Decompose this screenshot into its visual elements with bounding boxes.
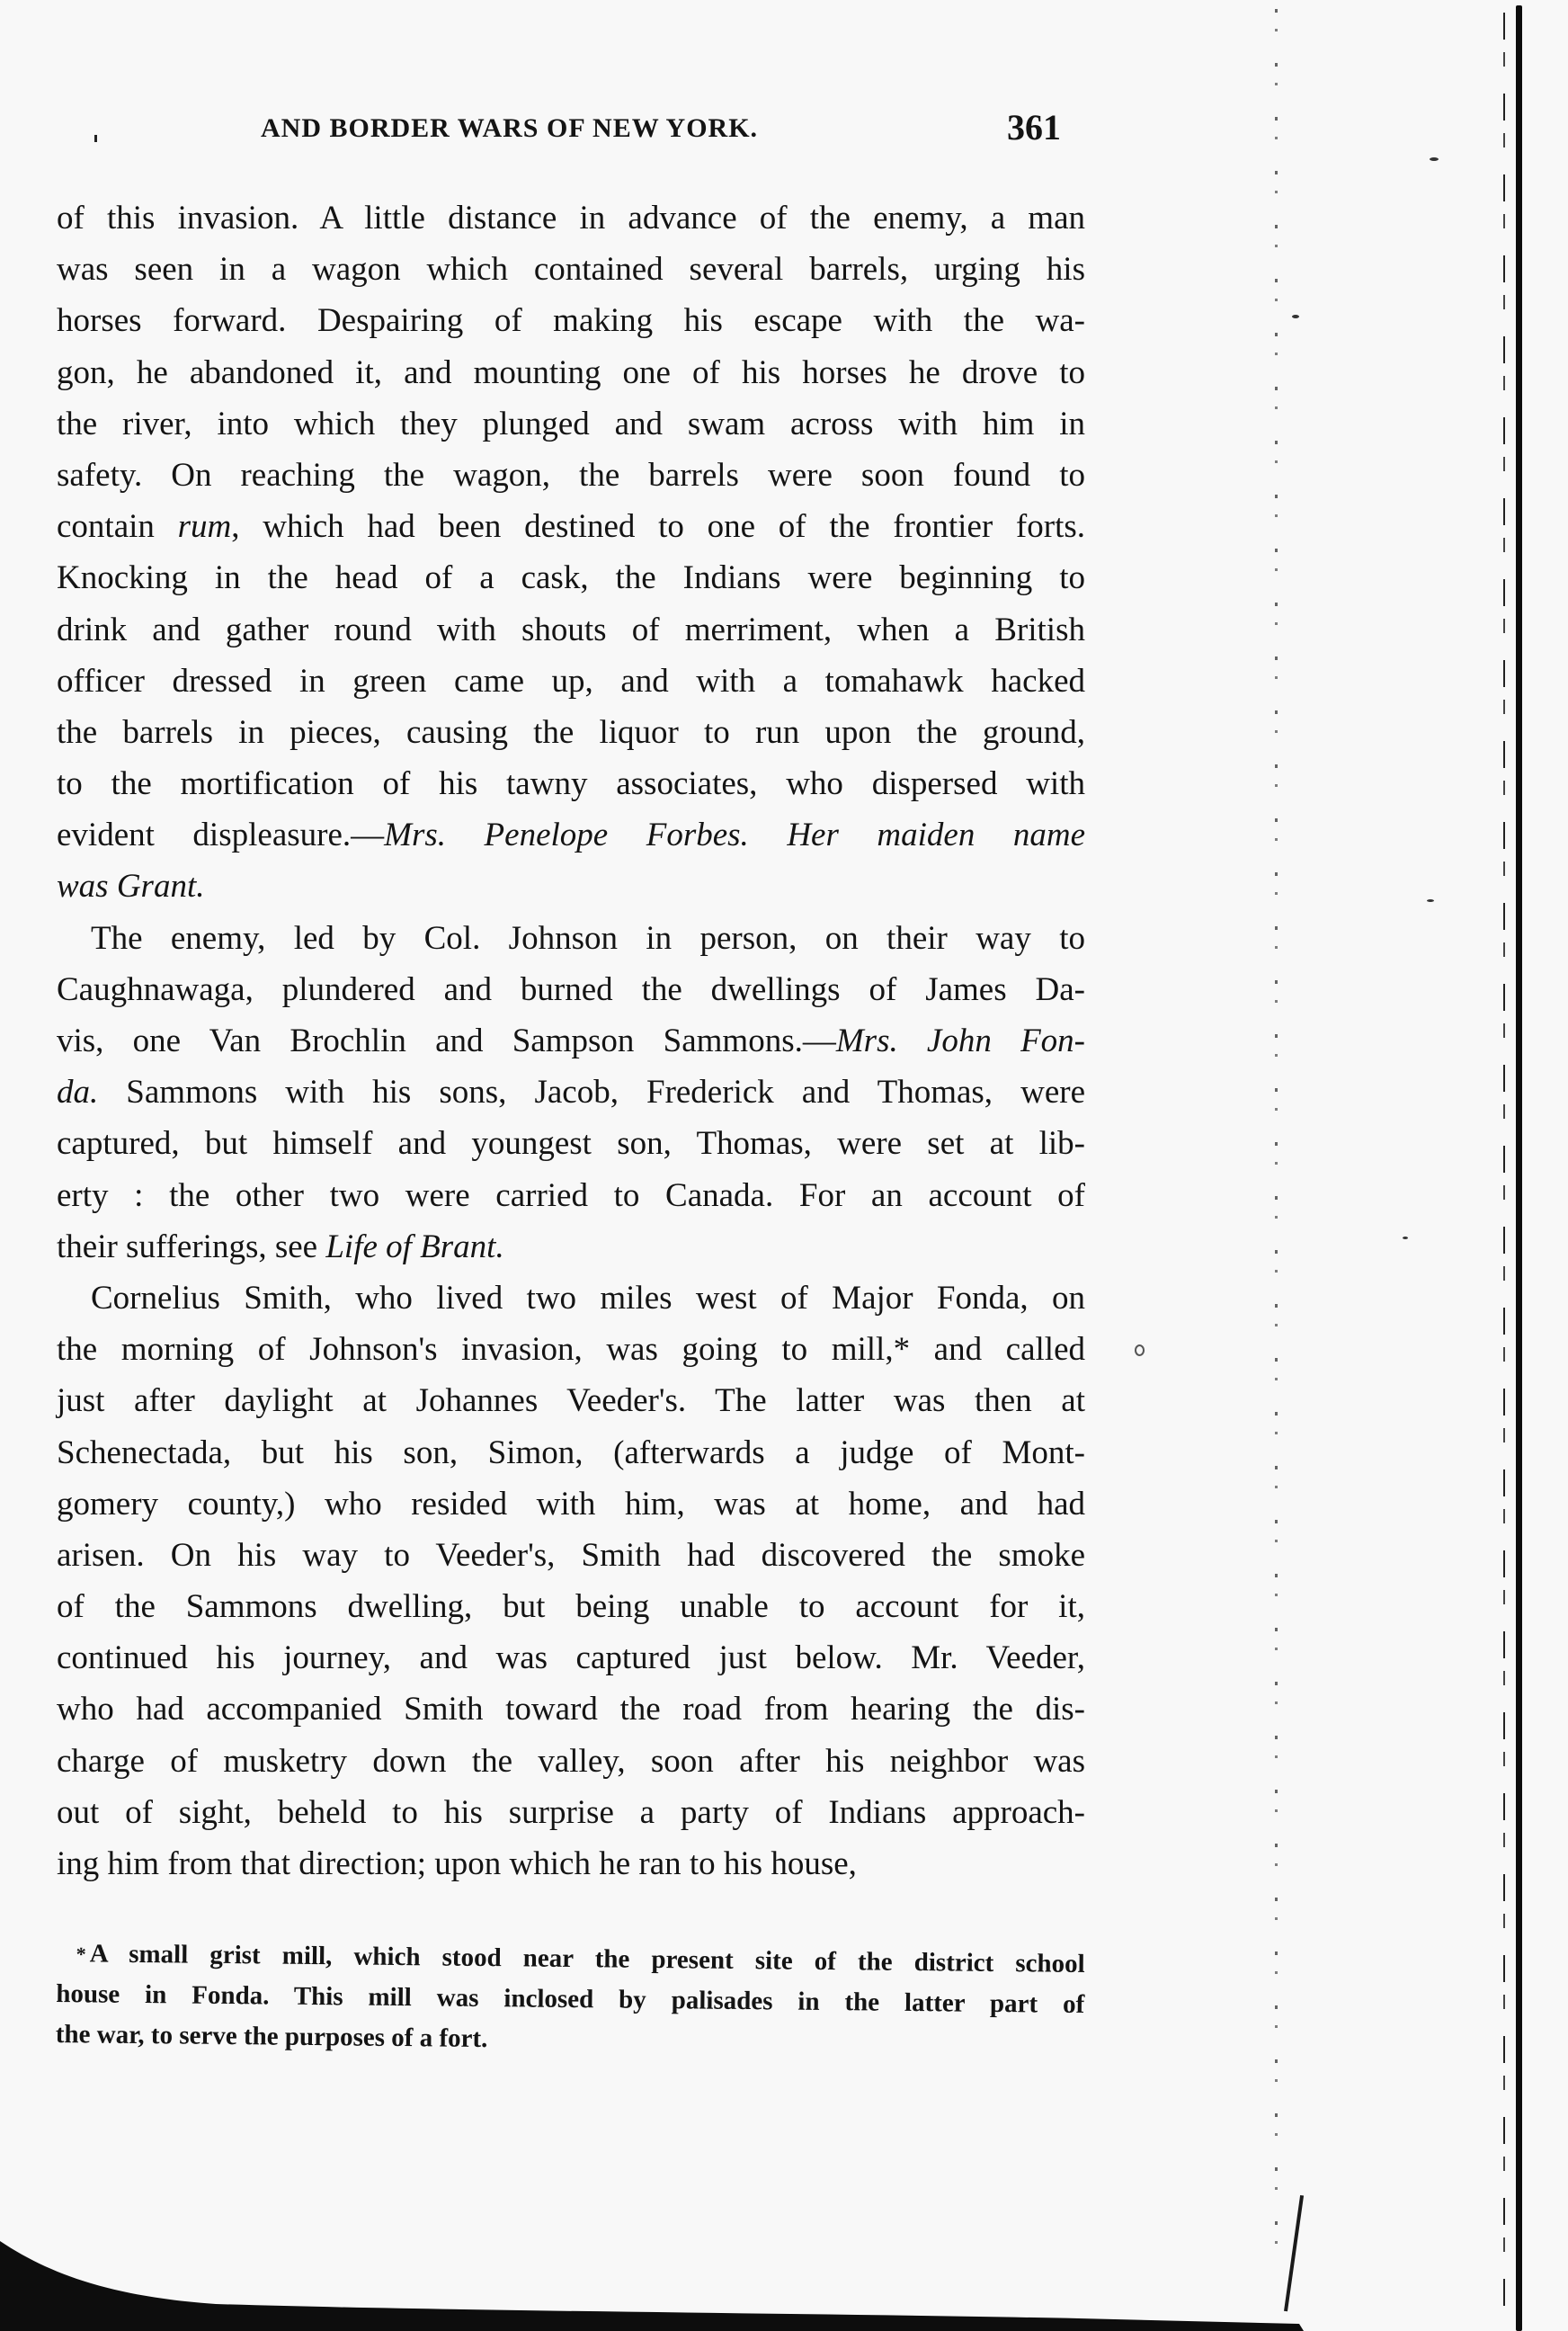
bottom-scan-shadow — [0, 2241, 1304, 2331]
gutter-dotted-line — [1275, 9, 1278, 2275]
speck — [1292, 315, 1299, 318]
speck — [1427, 899, 1434, 902]
text-line: gon, he abandoned it, and mounting one o… — [57, 347, 1085, 398]
text-line: contain rum, which had been destined to … — [57, 501, 1085, 552]
text-line: gomery county,) who resided with him, wa… — [57, 1478, 1085, 1530]
text-line: the barrels in pieces, causing the liquo… — [57, 707, 1085, 758]
footnote-marker: * — [76, 1942, 86, 1965]
text-line: Knocking in the head of a cask, the Indi… — [57, 552, 1085, 603]
text-line: The enemy, led by Col. Johnson in person… — [57, 913, 1085, 964]
text-line: continued his journey, and was captured … — [57, 1632, 1085, 1683]
italic-text: da. — [57, 1074, 98, 1111]
text-line: safety. On reaching the wagon, the barre… — [57, 450, 1085, 501]
text-line: out of sight, beheld to his surprise a p… — [57, 1787, 1085, 1838]
binding-edge — [1516, 5, 1522, 2331]
text-line: of this invasion. A little distance in a… — [57, 192, 1085, 244]
ink-mark — [94, 135, 97, 142]
text-line: Caughnawaga, plundered and burned the dw… — [57, 964, 1085, 1015]
speck — [1430, 157, 1439, 161]
text-line: just after daylight at Johannes Veeder's… — [57, 1375, 1085, 1426]
text-line: drink and gather round with shouts of me… — [57, 604, 1085, 656]
running-head: AND BORDER WARS OF NEW YORK. 361 — [57, 106, 1085, 151]
italic-text: Mrs. John Fon- — [836, 1023, 1085, 1059]
text-line: who had accompanied Smith toward the roa… — [57, 1683, 1085, 1735]
page-edge-line — [1503, 13, 1505, 2315]
text-line: was Grant. — [57, 861, 1085, 912]
page-number: 361 — [1007, 106, 1061, 148]
paragraph: Cornelius Smith, who lived two miles wes… — [57, 1273, 1085, 1889]
paragraph: The enemy, led by Col. Johnson in person… — [57, 913, 1085, 1273]
text-line: evident displeasure.—Mrs. Penelope Forbe… — [57, 809, 1085, 861]
text-line: Cornelius Smith, who lived two miles wes… — [57, 1273, 1085, 1324]
text-line: of the Sammons dwelling, but being unabl… — [57, 1581, 1085, 1632]
text-line: to the mortification of his tawny associ… — [57, 758, 1085, 809]
text-line: da. Sammons with his sons, Jacob, Freder… — [57, 1067, 1085, 1118]
body-text: of this invasion. A little distance in a… — [57, 192, 1085, 1889]
running-head-title: AND BORDER WARS OF NEW YORK. — [261, 113, 758, 144]
text-line: arisen. On his way to Veeder's, Smith ha… — [57, 1530, 1085, 1581]
text-line: charge of musketry down the valley, soon… — [57, 1736, 1085, 1787]
speck — [1403, 1237, 1408, 1239]
paragraph: of this invasion. A little distance in a… — [57, 192, 1085, 913]
text-line: horses forward. Despairing of making his… — [57, 295, 1085, 346]
text-line: erty : the other two were carried to Can… — [57, 1170, 1085, 1221]
speck — [1135, 1344, 1145, 1356]
text-line: captured, but himself and youngest son, … — [57, 1118, 1085, 1169]
italic-text: Mrs. Penelope Forbes. Her maiden name — [384, 817, 1085, 853]
italic-text: Life of Brant. — [325, 1228, 503, 1265]
text-line: the river, into which they plunged and s… — [57, 398, 1085, 450]
italic-text: was Grant. — [57, 868, 204, 905]
text-line: their sufferings, see Life of Brant. — [57, 1221, 1085, 1273]
text-line: Schenectada, but his son, Simon, (afterw… — [57, 1427, 1085, 1478]
text-line: ing him from that direction; upon which … — [57, 1838, 1085, 1889]
book-page: AND BORDER WARS OF NEW YORK. 361 of this… — [0, 0, 1568, 2331]
text-line: officer dressed in green came up, and wi… — [57, 656, 1085, 707]
footnote: *A small grist mill, which stood near th… — [56, 1934, 1085, 2066]
text-line: vis, one Van Brochlin and Sampson Sammon… — [57, 1015, 1085, 1067]
italic-text: rum — [178, 508, 232, 545]
text-line: the morning of Johnson's invasion, was g… — [57, 1324, 1085, 1375]
text-line: was seen in a wagon which contained seve… — [57, 244, 1085, 295]
